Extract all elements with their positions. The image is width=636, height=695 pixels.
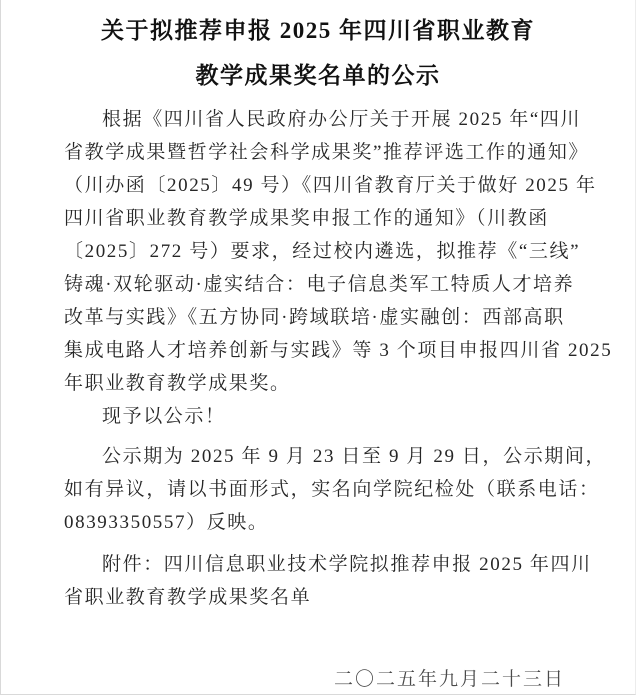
paragraph-period: 公示期为 2025 年 9 月 23 日至 9 月 29 日，公示期间， 如有异… <box>64 440 591 539</box>
paragraph-attachment: 附件：四川信息职业技术学院拟推荐申报 2025 年四川 省职业教育教学成果奖名单 <box>64 548 591 614</box>
text-line: 铸魂·双轮驱动·虚实结合：电子信息类军工特质人才培养 <box>64 268 591 301</box>
text-line: 现予以公示！ <box>64 400 591 433</box>
text-line: 根据《四川省人民政府办公厅关于开展 2025 年“四川 <box>64 103 591 136</box>
text-line: 四川省职业教育教学成果奖申报工作的通知》（川教函 <box>64 202 591 235</box>
paragraph-announce: 现予以公示！ <box>64 400 591 433</box>
title-line: 关于拟推荐申报 2025 年四川省职业教育 <box>1 8 635 53</box>
document-body: 根据《四川省人民政府办公厅关于开展 2025 年“四川 省教学成果暨哲学社会科学… <box>1 103 635 614</box>
title-line: 教学成果奖名单的公示 <box>1 53 635 98</box>
document-date: 二〇二五年九月二十三日 <box>1 664 635 691</box>
page-title: 关于拟推荐申报 2025 年四川省职业教育 教学成果奖名单的公示 <box>1 0 635 98</box>
text-line: 改革与实践》《五方协同·跨域联培·虚实融创：西部高职 <box>64 301 591 334</box>
text-line: 省职业教育教学成果奖名单 <box>64 581 591 614</box>
text-line: 年职业教育教学成果奖。 <box>64 367 591 400</box>
text-line: （川办函〔2025〕49 号）《四川省教育厅关于做好 2025 年 <box>64 169 591 202</box>
text-line: 如有异议，请以书面形式，实名向学院纪检处（联系电话： <box>64 473 591 506</box>
text-line: 集成电路人才培养创新与实践》等 3 个项目申报四川省 2025 <box>64 334 591 367</box>
text-line: 08393350557）反映。 <box>64 506 591 539</box>
text-line: 附件：四川信息职业技术学院拟推荐申报 2025 年四川 <box>64 548 591 581</box>
text-line: 省教学成果暨哲学社会科学成果奖”推荐评选工作的通知》 <box>64 136 591 169</box>
paragraph-basis: 根据《四川省人民政府办公厅关于开展 2025 年“四川 省教学成果暨哲学社会科学… <box>64 103 591 400</box>
text-line: 公示期为 2025 年 9 月 23 日至 9 月 29 日，公示期间， <box>64 440 591 473</box>
text-line: 〔2025〕272 号）要求，经过校内遴选，拟推荐《“三线” <box>64 235 591 268</box>
announcement-page: 关于拟推荐申报 2025 年四川省职业教育 教学成果奖名单的公示 根据《四川省人… <box>0 0 636 695</box>
